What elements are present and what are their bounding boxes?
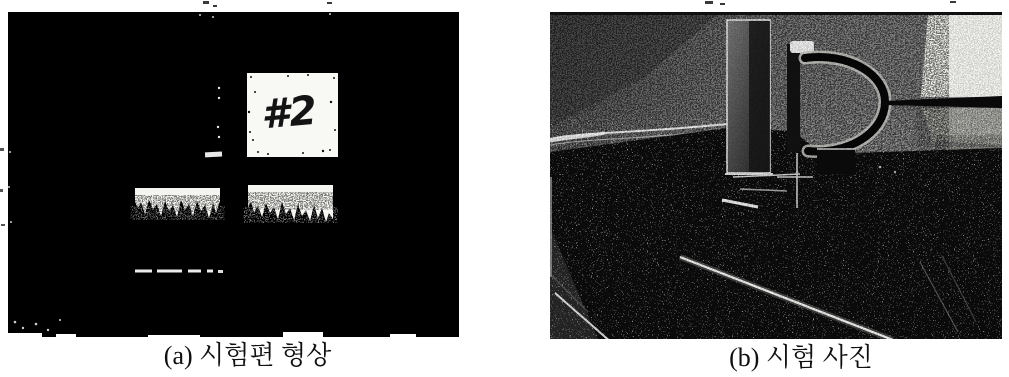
- scan-speck: [203, 1, 209, 4]
- specimen-number-label: #2: [259, 88, 318, 139]
- specimen-strip-right: [248, 185, 333, 222]
- specimen-label-card: #2: [247, 73, 338, 157]
- scan-speck: [0, 148, 4, 151]
- figure-b: (b) 시험 사진: [550, 12, 1002, 373]
- figure-b-caption: (b) 시험 사진: [575, 343, 1009, 373]
- scan-speck: [1, 224, 5, 226]
- figure-a-caption: (a) 시험편 형상: [22, 341, 473, 371]
- scan-speck: [213, 5, 217, 7]
- grain-overlay: [550, 12, 1002, 339]
- scan-speck: [950, 1, 956, 3]
- page: #2: [0, 0, 1009, 377]
- scan-speck: [720, 3, 725, 5]
- photo-a-specimen-image: #2: [8, 12, 459, 337]
- specimen-strip-left: [135, 188, 220, 219]
- scan-speck: [705, 1, 713, 4]
- scan-speck: [327, 2, 332, 4]
- scan-speck: [0, 189, 3, 192]
- photo-a-background: [8, 12, 459, 337]
- photo-top-border: [550, 12, 1002, 15]
- figure-a: #2: [8, 12, 459, 371]
- photo-b-test-setup-image: [550, 12, 1002, 339]
